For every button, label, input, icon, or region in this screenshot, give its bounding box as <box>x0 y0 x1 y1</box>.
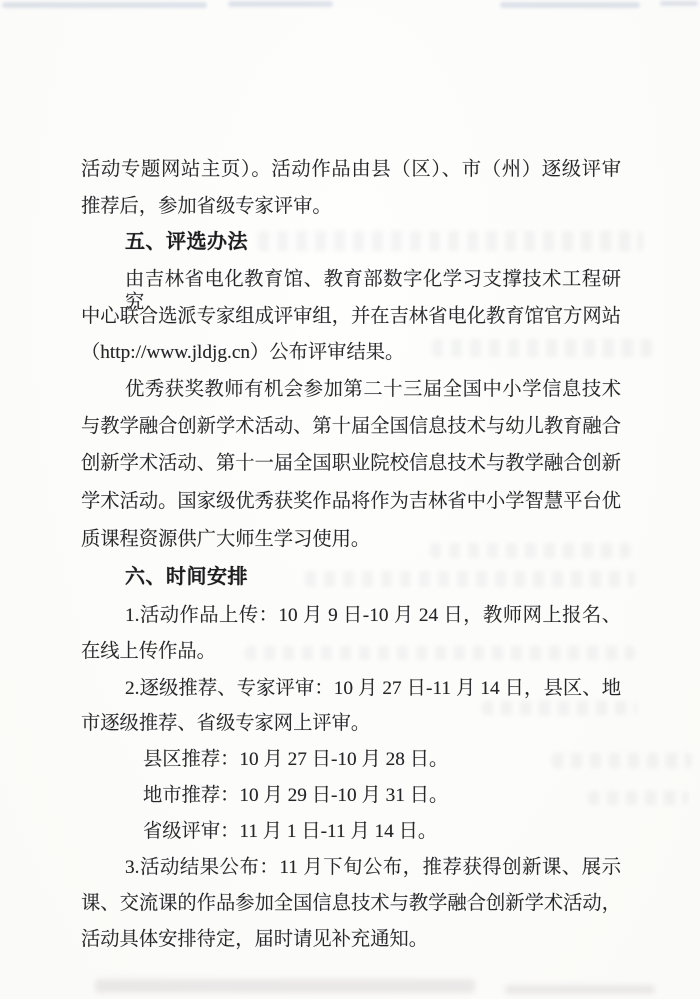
section-5-p1-line: 中心联合选派专家组成评审组，并在吉林省电化教育馆官方网站 <box>81 305 621 330</box>
section-5-p2-line: 学术活动。国家级优秀获奖作品将作为吉林省中小学智慧平台优 <box>81 490 621 515</box>
section-5-p1-line: 由吉林省电化教育馆、教育部数字化学习支撑技术工程研究 <box>81 268 621 293</box>
section-5-heading: 五、评选办法 <box>81 231 621 256</box>
bleedthrough-smudge <box>505 985 655 994</box>
bleedthrough-smudge <box>228 1 333 7</box>
bleedthrough-smudge <box>2 2 207 8</box>
scanned-document-page: 活动专题网站主页）。活动作品由县（区）、市（州）逐级评审 推荐后，参加省级专家评… <box>0 0 700 999</box>
section-5-p2-line: 创新学术活动、第十一届全国职业院校信息技术与教学融合创新 <box>81 452 621 477</box>
section-6-item3-line: 活动具体安排待定，届时请见补充通知。 <box>81 928 621 953</box>
section-6-heading: 六、时间安排 <box>81 566 621 591</box>
bleedthrough-smudge <box>660 1 698 6</box>
section-5-p1-line-url: （http://www.jldjg.cn）公布评审结果。 <box>81 341 621 366</box>
schedule-line-city: 地市推荐：10 月 29 日-10 月 31 日。 <box>81 784 621 809</box>
section-6-item3-line: 课、交流课的作品参加全国信息技术与教学融合创新学术活动， <box>81 892 621 917</box>
section-5-p2-line: 质课程资源供广大师生学习使用。 <box>81 528 621 553</box>
intro-line: 推荐后，参加省级专家评审。 <box>81 195 621 220</box>
section-6-item2-line: 2.逐级推荐、专家评审：10 月 27 日-11 月 14 日，县区、地 <box>81 677 621 702</box>
section-6-item2-line: 市逐级推荐、省级专家网上评审。 <box>81 712 621 737</box>
section-5-p2-line: 与教学融合创新学术活动、第十届全国信息技术与幼儿教育融合 <box>81 415 621 440</box>
section-6-item1-line: 在线上传作品。 <box>81 640 621 665</box>
bleedthrough-smudge <box>500 2 640 8</box>
schedule-line-county: 县区推荐：10 月 27 日-10 月 28 日。 <box>81 748 621 773</box>
section-6-item3-line: 3.活动结果公布：11 月下旬公布，推荐获得创新课、展示 <box>81 856 621 881</box>
section-6-item1-line: 1.活动作品上传：10 月 9 日-10 月 24 日，教师网上报名、 <box>81 604 621 629</box>
intro-line: 活动专题网站主页）。活动作品由县（区）、市（州）逐级评审 <box>81 158 621 183</box>
bleedthrough-smudge <box>95 979 475 993</box>
schedule-line-province: 省级评审：11 月 1 日-11 月 14 日。 <box>81 820 621 845</box>
section-5-p2-line: 优秀获奖教师有机会参加第二十三届全国中小学信息技术 <box>81 378 621 403</box>
